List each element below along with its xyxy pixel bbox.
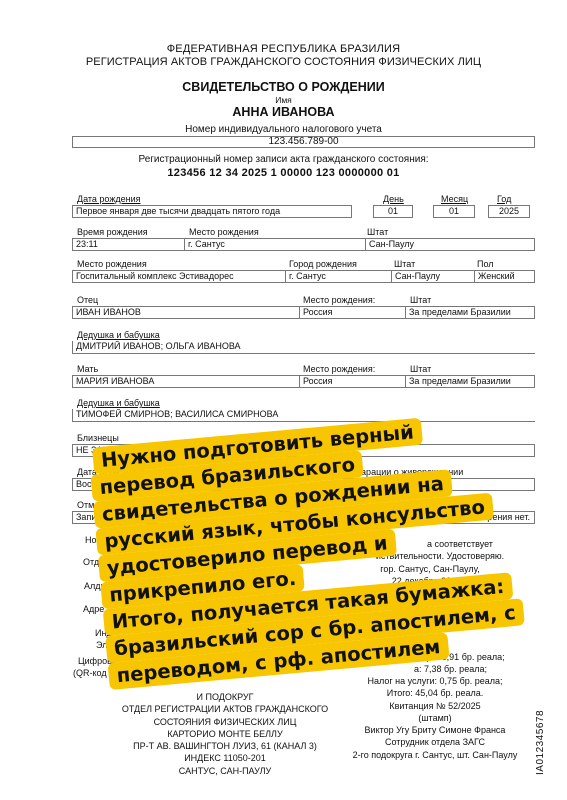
state-label-2: Штат [394,259,415,270]
twins-label: Близнецы [77,433,119,444]
city-label: Город рождения [289,259,357,270]
state-value: Сан-Паулу [365,238,535,251]
overlay-note: Нужно подготовить верный перевод бразиль… [88,410,527,690]
day-value: 01 [373,205,413,218]
registration-date-start: Вос [76,479,92,489]
officer-district: 2-го подокруга г. Сантус, шт. Сан-Паулу [340,749,530,761]
year-label: Год [497,194,511,205]
birth-time-label: Время рождения [77,227,148,238]
notes-label: Отм [77,500,94,511]
city-value: г. Сантус [285,270,392,283]
office-line-5: ПР-Т АВ. ВАШИНГТОН ЛУИЗ, 61 (КАНАЛ 3) [80,740,370,752]
receipt-number: Квитанция № 52/2025 [340,700,530,712]
sex-value: Женский [474,270,535,283]
father-place-label: Место рождения: [303,295,375,306]
serial-number: IA012345678 [535,710,546,775]
registry-header: РЕГИСТРАЦИЯ АКТОВ ГРАЖДАНСКОГО СОСТОЯНИЯ… [0,56,567,68]
state-value-2: Сан-Паулу [391,270,475,283]
tax-id-label: Номер индивидуального налогового учета [0,124,567,135]
father-state-label: Штат [410,295,431,306]
left-partial-label-4: Адре [83,604,104,615]
fee-3: Налог на услуги: 0,75 бр. реала; [340,675,530,687]
father-grandparents: ДМИТРИЙ ИВАНОВ; ОЛЬГА ИВАНОВА [72,341,535,354]
hospital-label: Место рождения [77,259,147,270]
mother-place-label: Место рождения: [303,364,375,375]
officer-title: Сотрудник отдела ЗАГС [340,736,530,748]
fee-2: а: 7,38 бр. реала; [414,664,487,675]
tax-id-value: 123.456.789-00 [72,136,535,148]
month-label: Месяц [441,194,468,205]
office-line-7: САНТУС, САН-ПАУЛУ [80,765,370,777]
birth-place-value: г. Сантус [184,238,366,251]
father-state: За пределами Бразилии [405,306,535,319]
mother-state: За пределами Бразилии [405,375,535,388]
fees-block: Налог на услуги: 0,75 бр. реала; Итого: … [340,675,530,761]
document-title: СВИДЕТЕЛЬСТВО О РОЖДЕНИИ [0,80,567,94]
father-place: Россия [299,306,406,319]
father-name: ИВАН ИВАНОВ [72,306,300,319]
person-name: АННА ИВАНОВА [0,105,567,119]
left-partial-label-8: (QR-код [73,668,107,679]
office-address: И ПОДОКРУГ ОТДЕЛ РЕГИСТРАЦИИ АКТОВ ГРАЖД… [80,691,370,777]
office-line-6: ИНДЕКС 11050-201 [80,752,370,764]
mother-state-label: Штат [410,364,431,375]
name-label: Имя [0,95,567,105]
officer-name: Виктор Угу Бриту Симоне Франса [340,724,530,736]
mother-name: МАРИЯ ИВАНОВА [72,375,300,388]
mother-label: Мать [77,364,98,375]
father-grandparents-label: Дедушка и бабушка [77,330,160,341]
registration-number-label: Регистрационный номер записи акта гражда… [0,154,567,165]
mother-place: Россия [299,375,406,388]
sex-label: Пол [477,259,494,270]
day-label: День [383,194,404,205]
fee-total: Итого: 45,04 бр. реала. [340,687,530,699]
state-label: Штат [367,227,388,238]
birth-place-label: Место рождения [189,227,259,238]
office-line-3: СОСТОЯНИЯ ФИЗИЧЕСКИХ ЛИЦ [80,716,370,728]
mother-grandparents-label: Дедушка и бабушка [77,398,160,409]
office-line-1: И ПОДОКРУГ [80,691,370,703]
country-header: ФЕДЕРАТИВНАЯ РЕСПУБЛИКА БРАЗИЛИЯ [0,43,567,55]
birth-date-words: Первое января две тысячи двадцать пятого… [72,205,352,218]
birth-date-label: Дата рождения [77,194,141,205]
birth-time-value: 23:11 [72,238,185,251]
office-line-2: ОТДЕЛ РЕГИСТРАЦИИ АКТОВ ГРАЖДАНСКОГО [80,703,370,715]
registration-number: 123456 12 34 2025 1 00000 123 0000000 01 [0,167,567,179]
year-value: 2025 [488,205,530,218]
month-value: 01 [433,205,475,218]
father-label: Отец [77,295,98,306]
office-line-4: КАРТОРИО МОНТЕ БЕЛЛУ [80,728,370,740]
hospital-value: Госпитальный комплекс Эстивадорес [72,270,286,283]
stamp-label: (штамп) [340,712,530,724]
